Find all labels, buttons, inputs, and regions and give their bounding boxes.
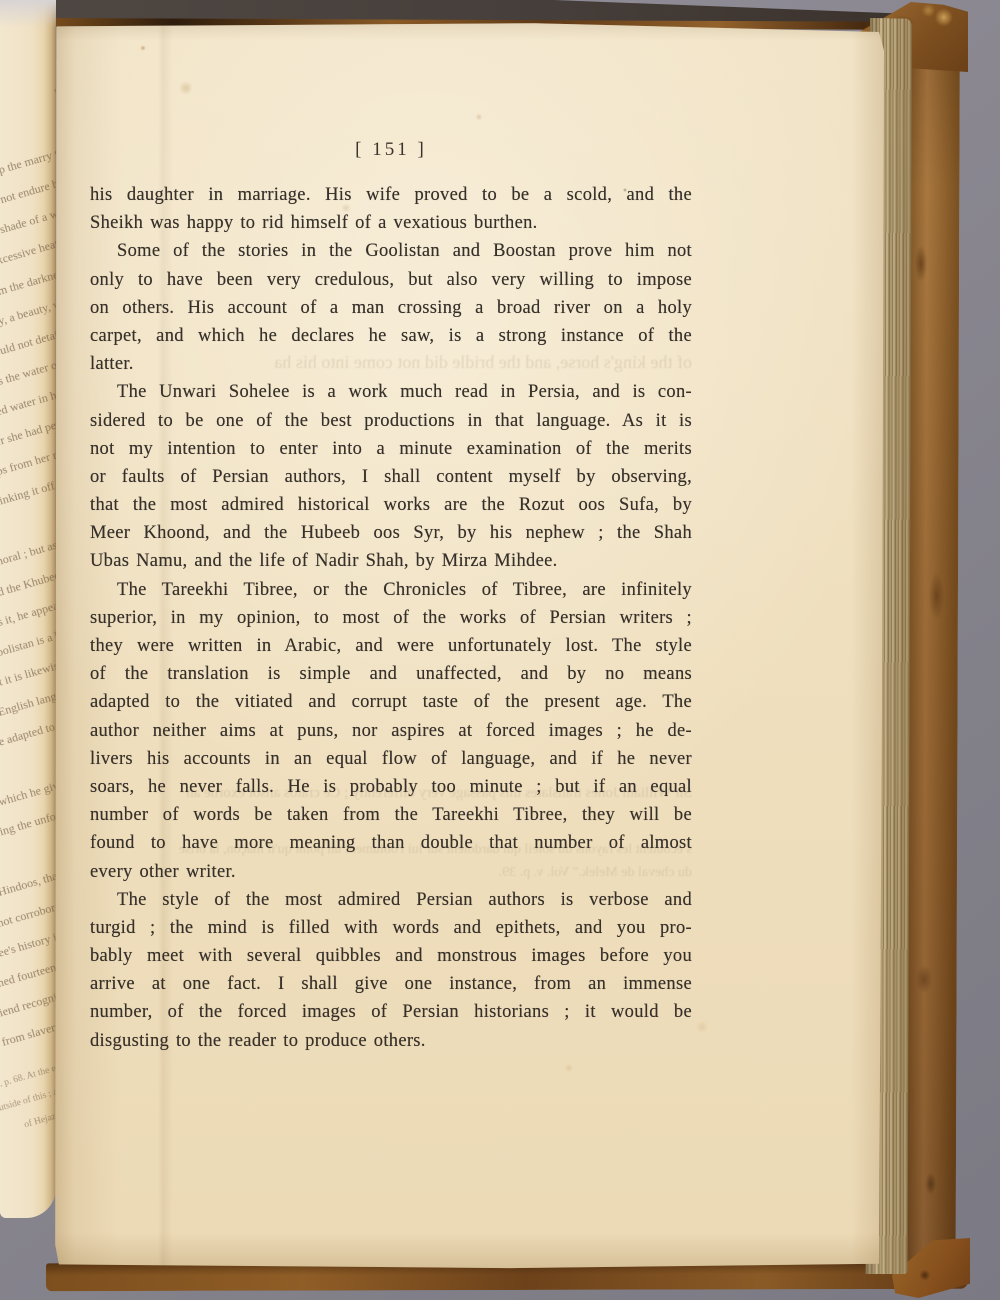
text-line: superior, in my opinion, to most of the …: [90, 604, 692, 632]
text-line: bably meet with several quibbles and mon…: [90, 942, 692, 970]
text-line: Sheikh was happy to rid himself of a vex…: [90, 209, 692, 237]
text-line: or faults of Persian authors, I shall co…: [90, 463, 692, 491]
left-page-text-fragments: ] d up the marry t ld not endure b he sh…: [0, 78, 56, 1041]
text-line: number of words be taken from the Tareek…: [90, 801, 692, 829]
text-line: Ubas Namu, and the life of Nadir Shah, b…: [90, 547, 692, 575]
page-number-header: [ 151 ]: [90, 139, 692, 161]
text-line: that the most admired historical works a…: [90, 491, 692, 519]
text-line: disgusting to the reader to produce othe…: [90, 1027, 692, 1055]
left-page-edge: ] d up the marry t ld not endure b he sh…: [0, 0, 56, 1218]
text-line: found to have more meaning than double t…: [90, 829, 692, 857]
text-line: not my intention to enter into a minute …: [90, 435, 692, 463]
text-line: his daughter in marriage. His wife prove…: [90, 181, 692, 209]
text-line: Some of the stories in the Goolistan and…: [90, 237, 692, 265]
text-line: The Tareekhi Tibree, or the Chronicles o…: [90, 576, 692, 604]
text-line: they were written in Arabic, and were un…: [90, 632, 692, 660]
text-line: on others. His account of a man crossing…: [90, 294, 692, 322]
text-line: only to have been very credulous, but al…: [90, 266, 692, 294]
text-line: soars, he never falls. He is probably to…: [90, 773, 692, 801]
book-page: [ 151 ] of the king's horse, and the bri…: [54, 22, 884, 1270]
text-line: adapted to the vitiated and corrupt tast…: [90, 688, 692, 716]
text-line: sidered to be one of the best production…: [90, 407, 692, 435]
text-line: author neither aims at puns, nor aspires…: [90, 717, 692, 745]
text-line: of the translation is simple and unaffec…: [90, 660, 692, 688]
text-line: Meer Khoond, and the Hubeeb oos Syr, by …: [90, 519, 692, 547]
page-text: his daughter in marriage. His wife prove…: [90, 181, 692, 1055]
left-page-footnote-fragments: vol. i. p. 68. At the ext the outside of…: [0, 1056, 56, 1128]
text-line: turgid ; the mind is filled with words a…: [90, 914, 692, 942]
text-line: carpet, and which he declares he saw, is…: [90, 322, 692, 350]
text-line: The style of the most admired Persian au…: [90, 886, 692, 914]
text-line: livers his accounts in an equal flow of …: [90, 745, 692, 773]
text-line: every other writer.: [90, 858, 692, 886]
text-line: arrive at one fact. I shall give one ins…: [90, 970, 692, 998]
left-page-top-shading: [0, 0, 56, 28]
text-line: latter.: [90, 350, 692, 378]
text-line: The Unwari Sohelee is a work much read i…: [90, 378, 692, 406]
text-line: number, of the forced images of Persian …: [90, 998, 692, 1026]
